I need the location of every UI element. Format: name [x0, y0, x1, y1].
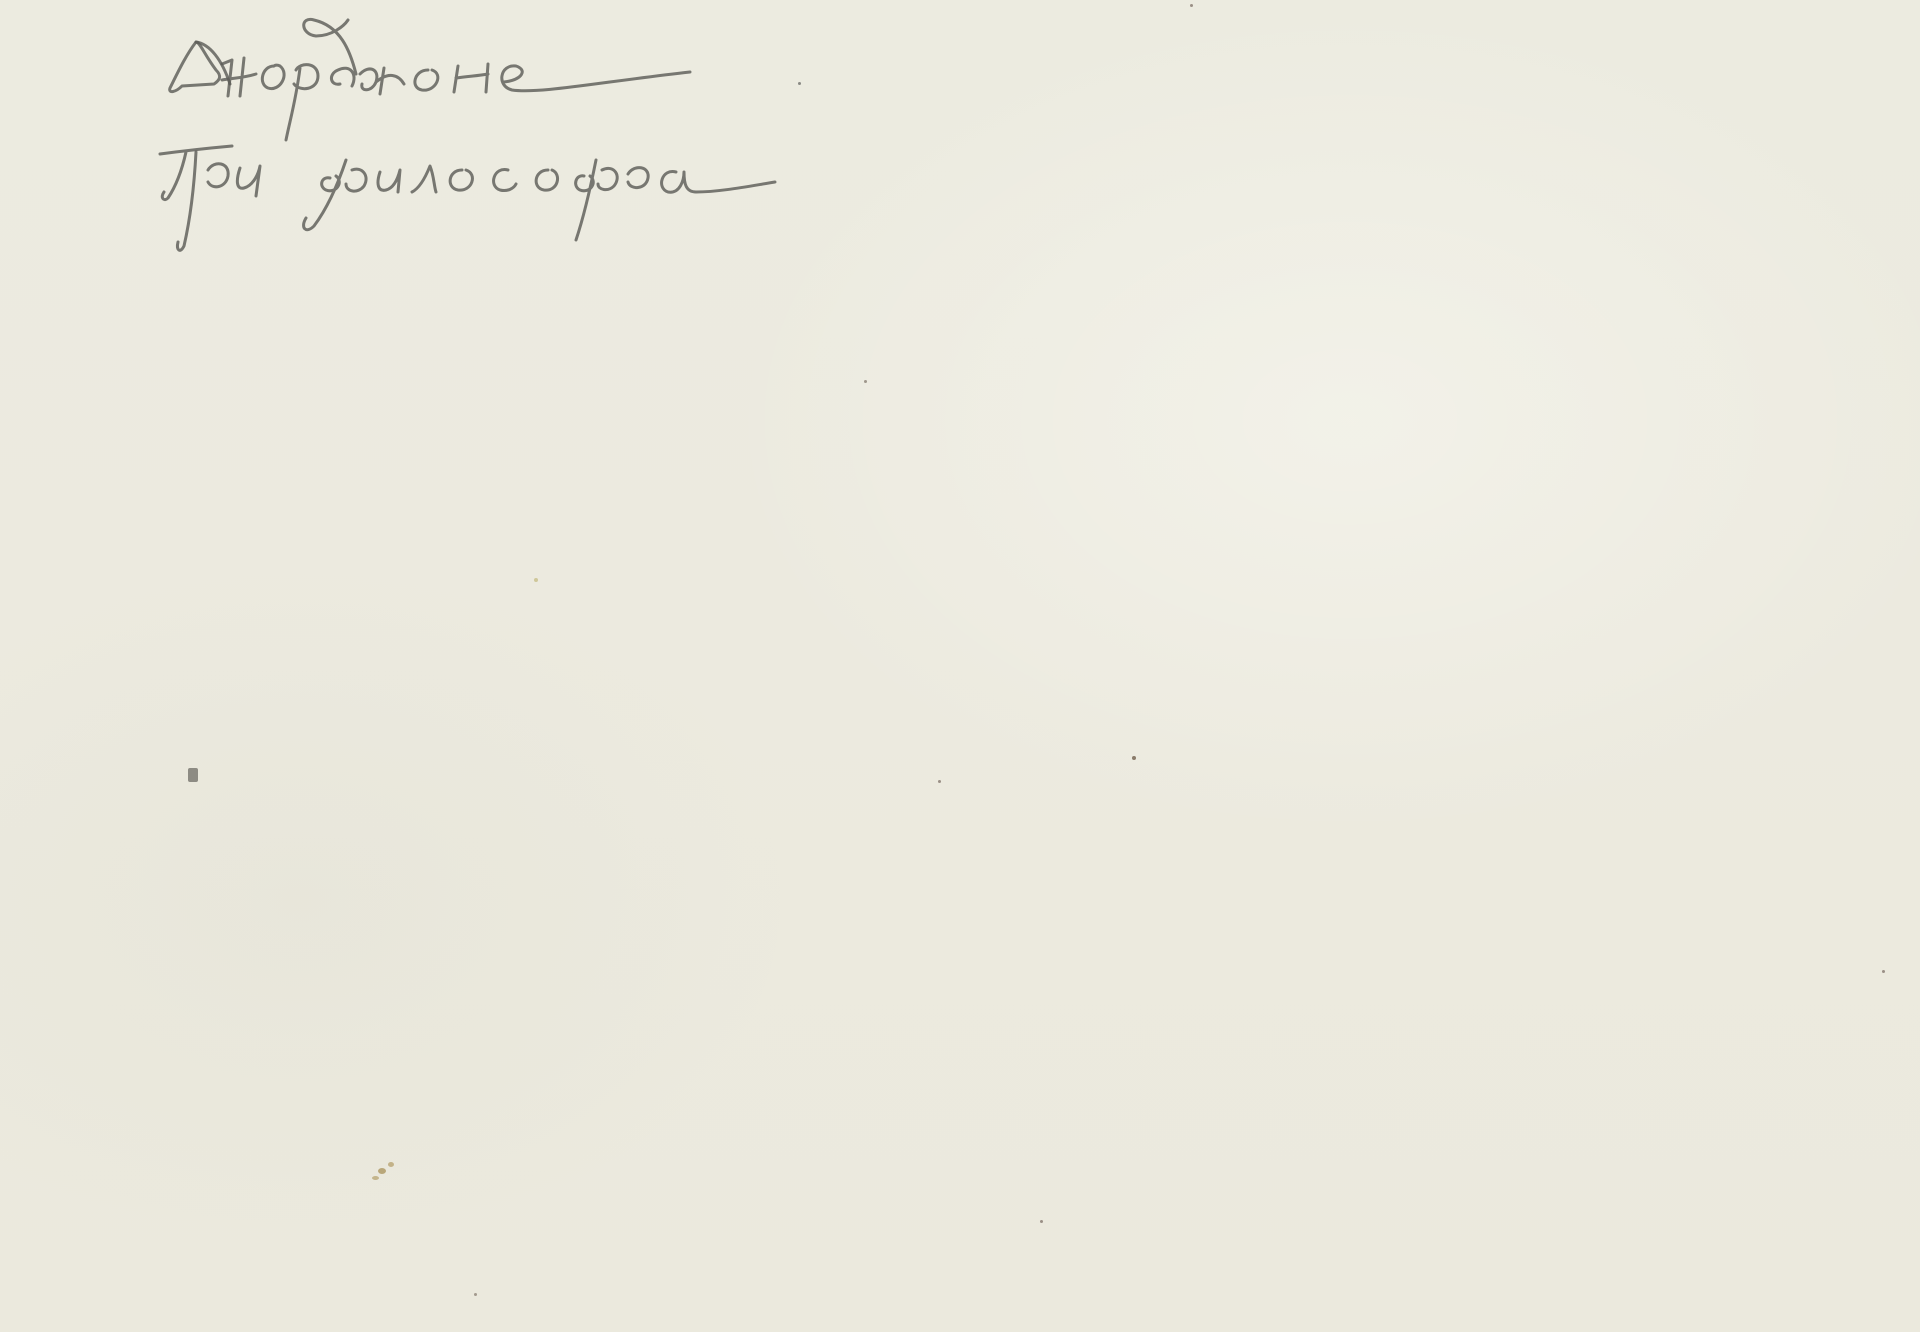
paper-speck — [1040, 1220, 1043, 1223]
paper-speck — [938, 780, 941, 783]
paper-speck — [1882, 970, 1885, 973]
paper-sheet: Джорджоне Три философа — [0, 0, 1920, 1332]
paper-speck — [864, 380, 867, 383]
handwritten-artist-name: Джорджоне — [170, 30, 624, 104]
paper-speck — [474, 1293, 477, 1296]
paper-stain-yellow — [372, 1176, 379, 1180]
paper-stain-yellow — [388, 1162, 394, 1167]
paper-stain-yellow — [378, 1168, 386, 1174]
paper-speck — [798, 82, 801, 85]
paper-speck — [1132, 756, 1136, 760]
handwritten-artwork-title: Три философа — [160, 140, 662, 214]
paper-speck — [534, 578, 538, 582]
paper-mark-dark — [188, 768, 198, 782]
paper-speck — [1190, 4, 1193, 7]
